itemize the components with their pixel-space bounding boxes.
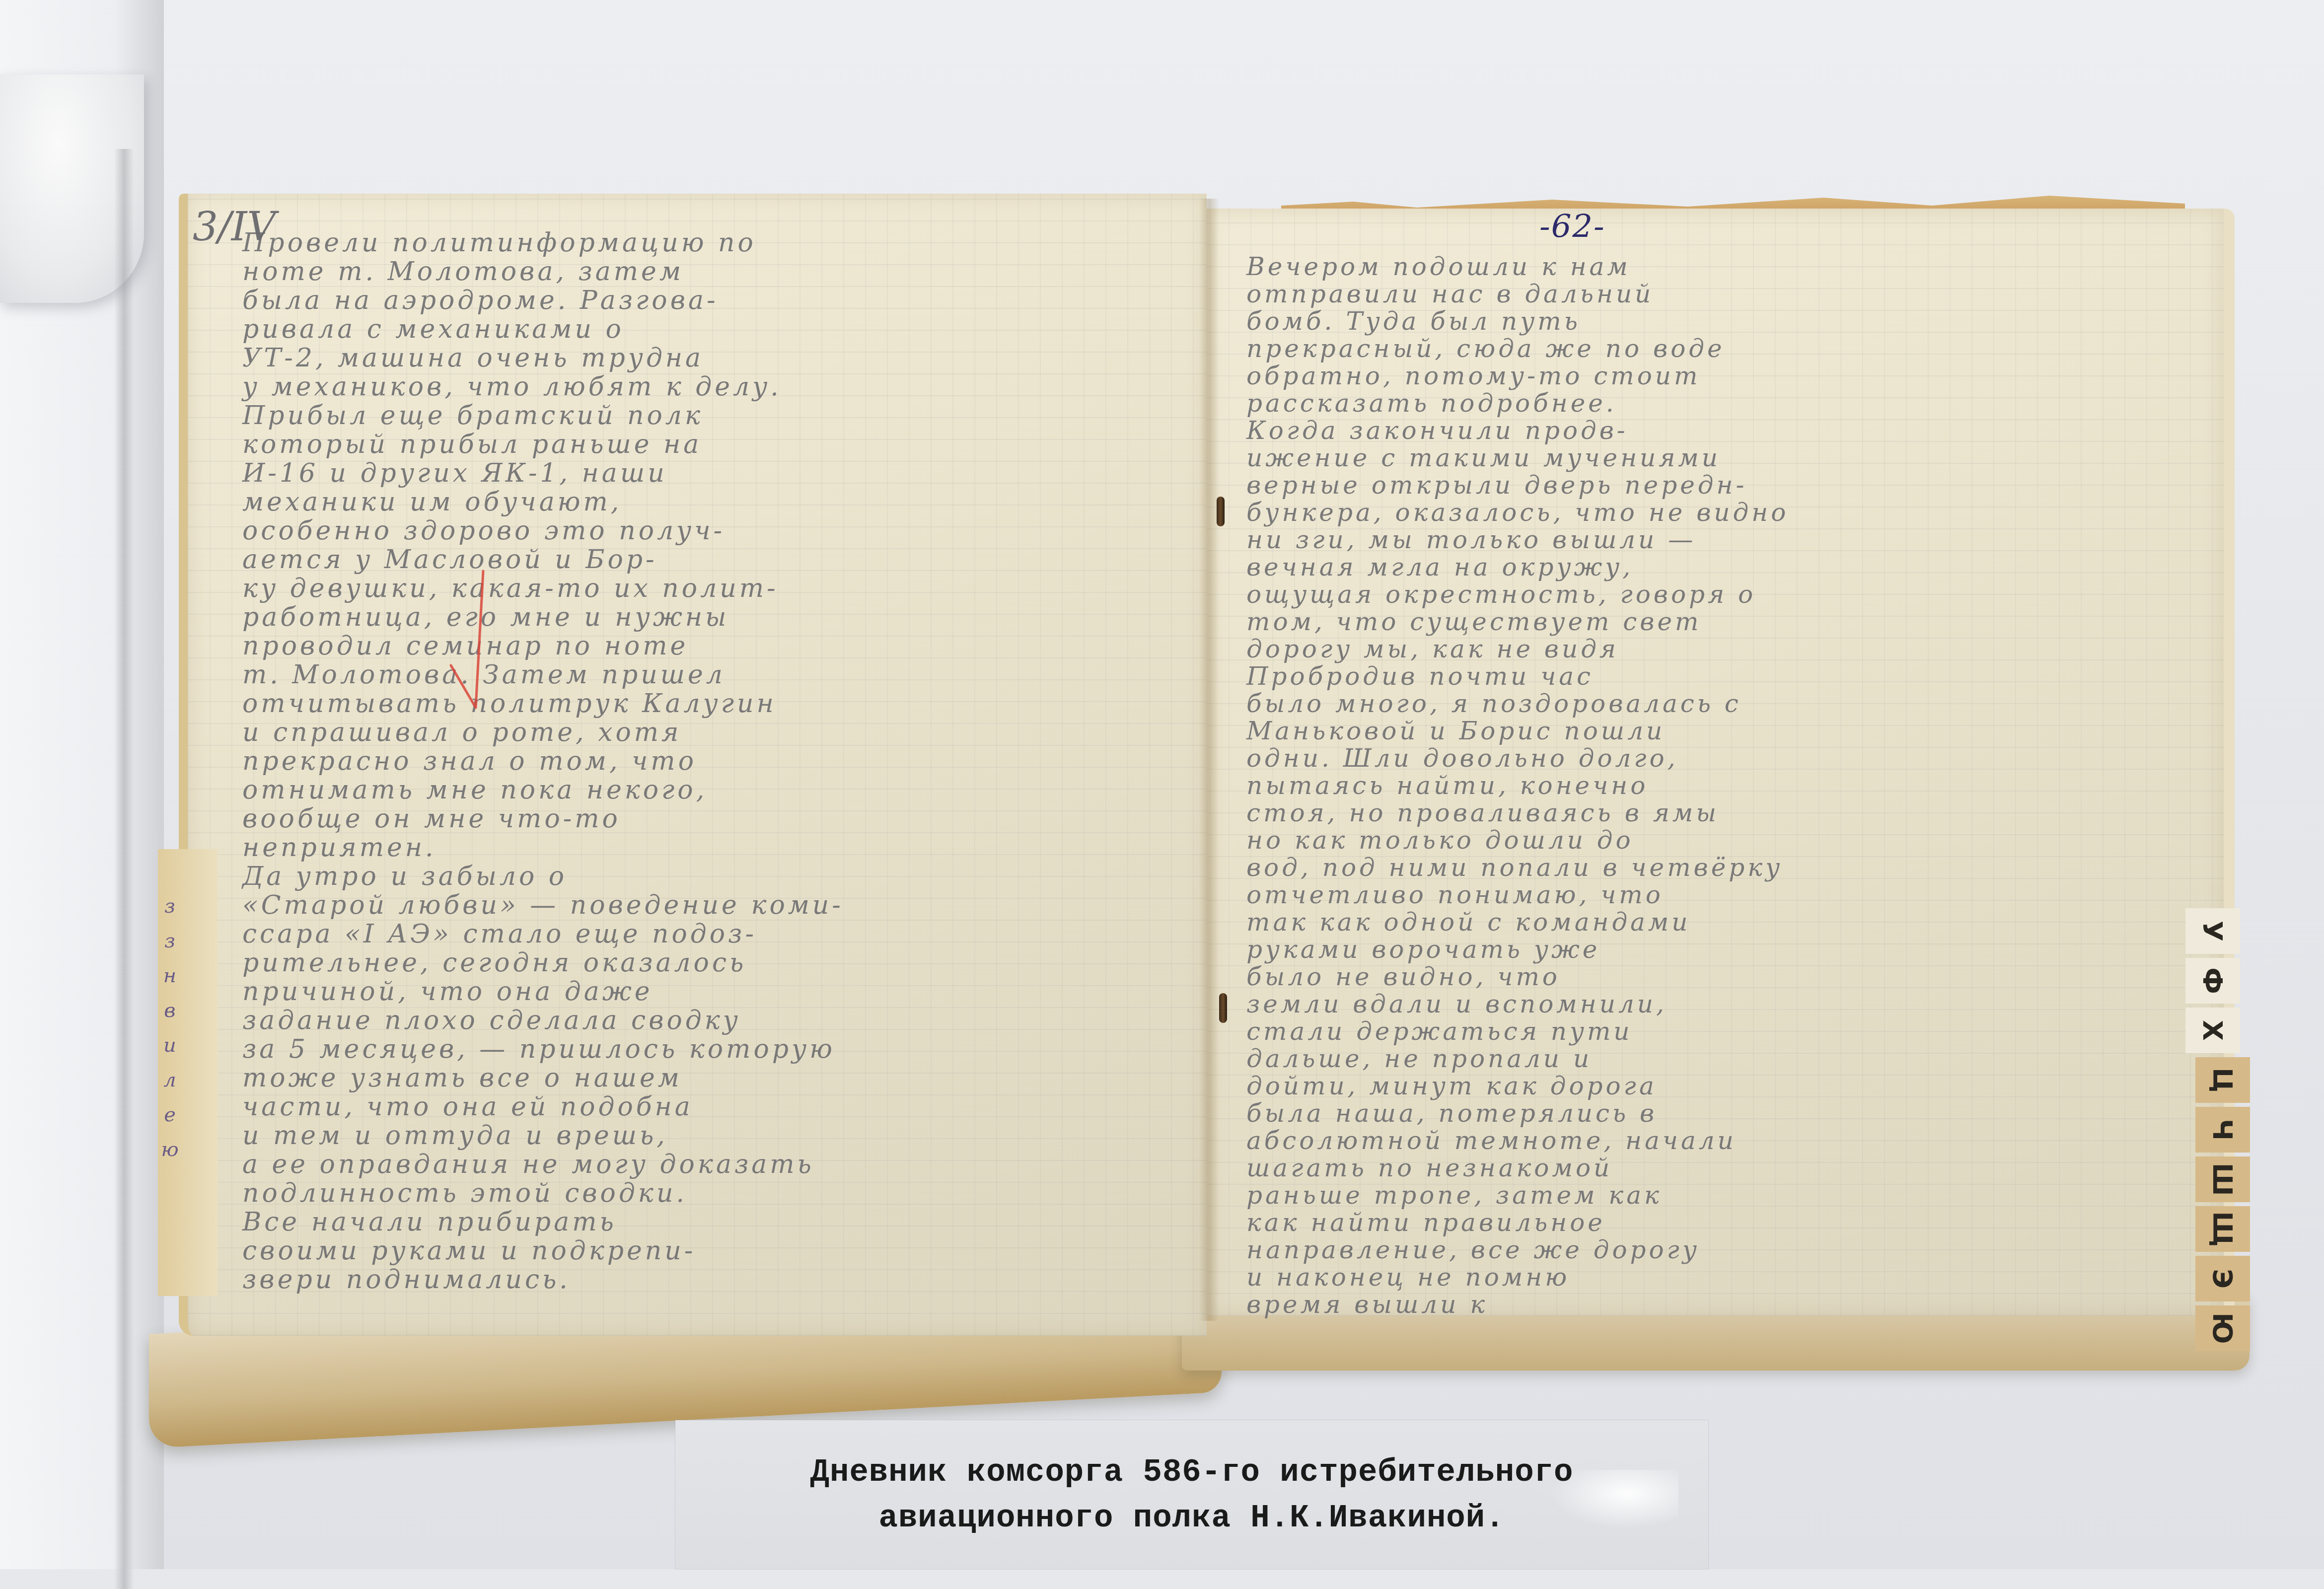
handwritten-line: бомб. Туда был путь: [1246, 293, 2190, 320]
label-line-1: Дневник комсорга 586-го истребительного: [675, 1450, 1708, 1496]
handwritten-line: подлинность этой сводки.: [242, 1179, 1186, 1208]
handwritten-line: время вышли к: [1246, 1276, 2190, 1303]
handwritten-line: было не видно, что: [1246, 948, 2190, 976]
handwritten-line: механики им обучают,: [242, 488, 1186, 516]
handwritten-line: абсолютной темноте, начали: [1246, 1112, 2190, 1140]
handwritten-line: земли вдали и вспомнили,: [1246, 976, 2190, 1003]
index-tab: Ю: [2195, 1305, 2250, 1351]
handwritten-line: задание плохо сделала сводку: [242, 1006, 1186, 1035]
margin-note: ю: [155, 1132, 185, 1167]
handwritten-line: раньше тропе, затем как: [1246, 1167, 2190, 1194]
handwritten-line: и спрашивал о роте, хотя: [242, 718, 1186, 747]
handwritten-line: дорогу мы, как не видя: [1246, 621, 2190, 648]
handwritten-line: работница, его мне и нужны: [242, 603, 1186, 632]
cloth-crease: [114, 149, 134, 1569]
handwritten-line: стоя, но проваливаясь в ямы: [1246, 785, 2190, 812]
handwritten-line: за 5 месяцев, — пришлось которую: [242, 1035, 1186, 1064]
handwritten-line: прекрасно знал о том, что: [242, 747, 1186, 776]
handwritten-line: ссара «I АЭ» стало еще подоз-: [242, 920, 1186, 948]
museum-display: з з н в и л е ю 3/IV Провели политинформ…: [0, 0, 2324, 1569]
margin-note: з: [155, 889, 185, 924]
handwritten-line: причиной, что она даже: [242, 977, 1186, 1006]
handwritten-line: стали держаться пути: [1246, 1003, 2190, 1030]
handwritten-line: ноте т. Молотова, затем: [242, 257, 1186, 286]
left-page: з з н в и л е ю 3/IV Провели политинформ…: [179, 194, 1207, 1336]
handwritten-line: рительнее, сегодня оказалось: [242, 948, 1186, 977]
handwritten-line: была наша, потерялись в: [1246, 1085, 2190, 1112]
handwritten-line: отчитывать политрук Калугин: [242, 689, 1186, 718]
exhibit-label-text: Дневник комсорга 586-го истребительного …: [675, 1450, 1708, 1541]
exhibit-label: Дневник комсорга 586-го истребительного …: [675, 1420, 1708, 1569]
handwritten-line: дальше, не пропали и: [1246, 1030, 2190, 1058]
handwritten-line: бункера, оказалось, что не видно: [1246, 484, 2190, 511]
index-tab: Х: [2185, 1008, 2240, 1053]
handwritten-line: который прибыл раньше на: [242, 430, 1186, 459]
handwritten-line: и тем и оттуда и врешь,: [242, 1121, 1186, 1150]
handwritten-line: отнимать мне пока некого,: [242, 776, 1186, 804]
handwritten-line: а ее оправдания не могу доказать: [242, 1150, 1186, 1179]
staple-bottom-icon: [1219, 993, 1227, 1023]
handwritten-line: дойти, минут как дорога: [1246, 1058, 2190, 1085]
handwritten-line: отправили нас в дальний: [1246, 266, 2190, 293]
handwritten-line: «Старой любви» — поведение коми-: [242, 891, 1186, 920]
handwritten-line: прекрасный, сюда же по воде: [1246, 320, 2190, 348]
margin-note: и: [155, 1028, 185, 1063]
index-tab: Ч: [2195, 1107, 2250, 1153]
margin-note: н: [155, 958, 185, 993]
handwritten-line: верные открыли дверь передн-: [1246, 457, 2190, 484]
handwritten-line: своими руками и подкрепи-: [242, 1236, 1186, 1265]
notebook-spine: [1199, 199, 1219, 1321]
right-page-handwriting: Вечером подошли к намотправили нас в дал…: [1246, 238, 2190, 1303]
margin-note: е: [155, 1097, 185, 1132]
handwritten-line: Все начали прибирать: [242, 1208, 1186, 1236]
right-page: -62- Вечером подошли к намотправили нас …: [1207, 209, 2235, 1316]
handwritten-line: одни. Шли довольно долго,: [1246, 730, 2190, 757]
handwritten-line: Вечером подошли к нам: [1246, 238, 2190, 266]
diary-notebook: з з н в и л е ю 3/IV Провели политинформ…: [139, 179, 2269, 1430]
handwritten-line: Когда закончили продв-: [1246, 402, 2190, 430]
handwritten-line: вообще он мне что-то: [242, 804, 1186, 833]
handwritten-line: особенно здорово это получ-: [242, 516, 1186, 545]
handwritten-line: руками ворочать уже: [1246, 921, 2190, 948]
handwritten-line: ривала с механиками о: [242, 315, 1186, 344]
staple-top-icon: [1217, 497, 1225, 526]
handwritten-line: звери поднимались.: [242, 1265, 1186, 1294]
margin-note: в: [155, 993, 185, 1028]
handwritten-line: так как одной с командами: [1246, 894, 2190, 921]
margin-note: з: [155, 924, 185, 958]
label-line-2: авиационного полка Н.К.Ивакиной.: [675, 1496, 1708, 1541]
handwritten-line: Пробродив почти час: [1246, 648, 2190, 675]
handwritten-line: ается у Масловой и Бор-: [242, 545, 1186, 574]
index-tab: Э: [2195, 1256, 2250, 1301]
index-tab: У: [2185, 908, 2240, 954]
index-tab: Ф: [2185, 958, 2240, 1004]
handwritten-line: ижение с такими мучениями: [1246, 430, 2190, 457]
handwritten-line: как найти правильное: [1246, 1194, 2190, 1222]
red-check-mark-icon: [446, 566, 506, 710]
margin-notes: з з н в и л е ю: [155, 889, 185, 1167]
margin-note: л: [155, 1063, 185, 1097]
handwritten-line: неприятен.: [242, 833, 1186, 862]
handwritten-line: пытаясь найти, конечно: [1246, 757, 2190, 785]
index-tab: Ц: [2195, 1057, 2250, 1103]
handwritten-line: вод, под ними попали в четвёрку: [1246, 839, 2190, 867]
handwritten-line: вечная мгла на окружу,: [1246, 539, 2190, 566]
index-tab: Ш: [2195, 1156, 2250, 1202]
handwritten-line: УТ-2, машина очень трудна: [242, 344, 1186, 372]
handwritten-line: Провели политинформацию по: [242, 228, 1186, 257]
handwritten-line: рассказать подробнее.: [1246, 375, 2190, 402]
handwritten-line: И-16 и других ЯК-1, наши: [242, 459, 1186, 488]
handwritten-line: ку девушки, какая-то их полит-: [242, 574, 1186, 603]
handwritten-line: и наконец не помню: [1246, 1249, 2190, 1276]
alphabet-index-tabs: УФХЦЧШЩЭЮ: [2200, 904, 2250, 1341]
handwritten-line: Да утро и забыло о: [242, 862, 1186, 891]
handwritten-line: проводил семинар по ноте: [242, 632, 1186, 660]
handwritten-line: т. Молотова. Затем пришел: [242, 660, 1186, 689]
handwritten-line: тоже узнать все о нашем: [242, 1064, 1186, 1092]
handwritten-line: части, что она ей подобна: [242, 1092, 1186, 1121]
handwritten-line: направление, все же дорогу: [1246, 1222, 2190, 1249]
handwritten-line: Прибыл еще братский полк: [242, 401, 1186, 430]
handwritten-line: было много, я поздоровалась с: [1246, 675, 2190, 703]
handwritten-line: у механиков, что любят к делу.: [242, 372, 1186, 401]
handwritten-line: ощущая окрестность, говоря о: [1246, 566, 2190, 593]
left-page-handwriting: Провели политинформацию поноте т. Молото…: [242, 228, 1186, 1294]
handwritten-line: была на аэродроме. Разгова-: [242, 286, 1186, 315]
index-tab: Щ: [2195, 1206, 2250, 1252]
